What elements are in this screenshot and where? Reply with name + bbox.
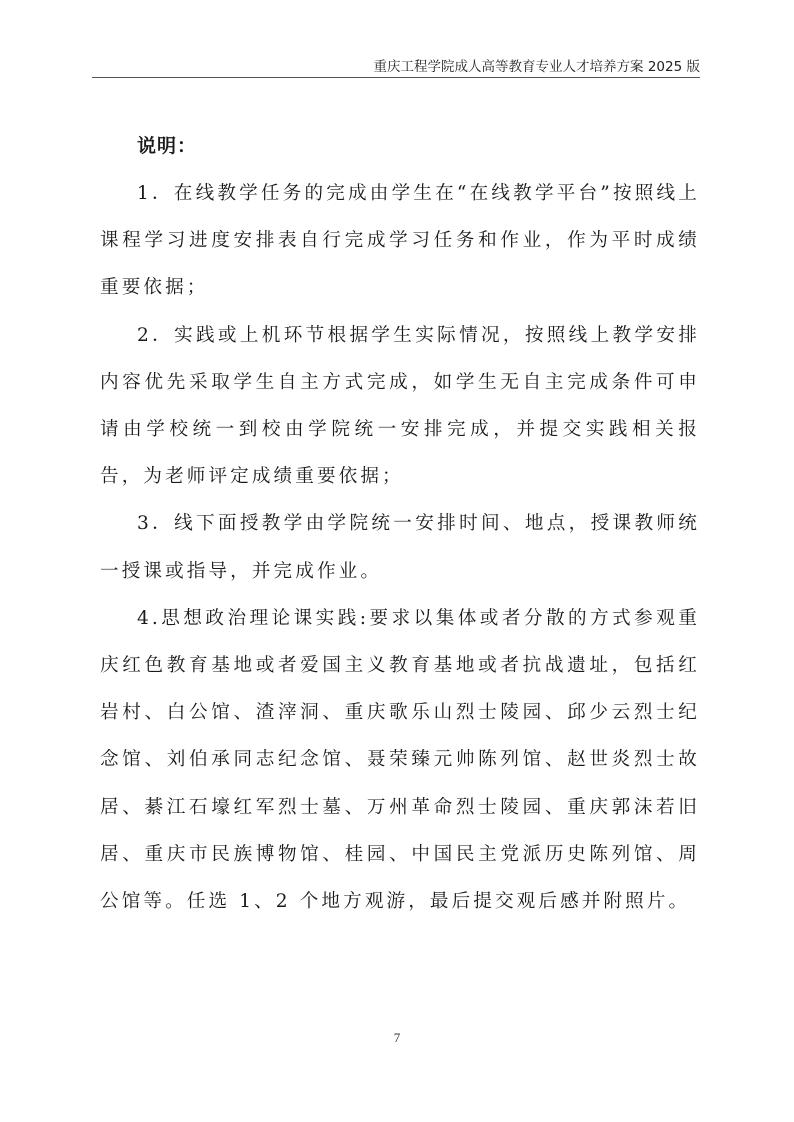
running-header: 重庆工程学院成人高等教育专业人才培养方案 2025 版: [92, 58, 700, 76]
section-heading: 说明：: [137, 123, 700, 170]
header-divider: [92, 77, 700, 78]
page-number: 7: [0, 1030, 794, 1046]
note-paragraph-4: 4.思想政治理论课实践:要求以集体或者分散的方式参观重庆红色教育基地或者爱国主义…: [100, 595, 700, 925]
note-paragraph-3: 3．线下面授教学由学院统一安排时间、地点，授课教师统一授课或指导，并完成作业。: [100, 500, 700, 594]
note-paragraph-1: 1．在线教学任务的完成由学生在“在线教学平台”按照线上课程学习进度安排表自行完成…: [100, 170, 700, 312]
note-paragraph-2: 2．实践或上机环节根据学生实际情况，按照线上教学安排内容优先采取学生自主方式完成…: [100, 312, 700, 501]
document-body: 说明： 1．在线教学任务的完成由学生在“在线教学平台”按照线上课程学习进度安排表…: [100, 123, 700, 925]
